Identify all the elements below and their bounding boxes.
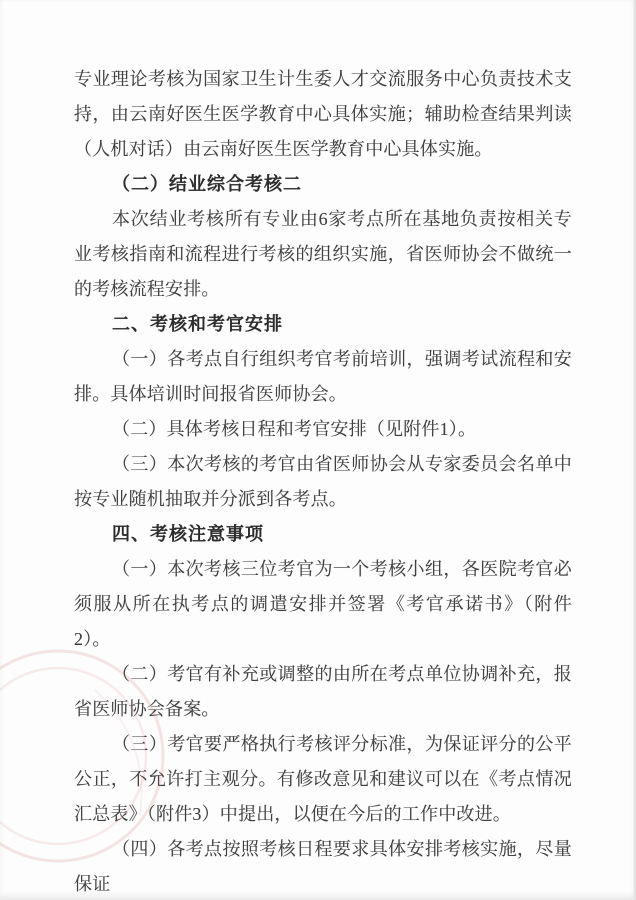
section-heading-zhuyi: 四、考核注意事项 <box>74 517 572 552</box>
paragraph-item-2: （二）具体考核日程和考官安排（见附件1）。 <box>74 412 572 447</box>
paragraph-continuation: 专业理论考核为国家卫生计生委人才交流服务中心负责技术支持，由云南好医生医学教育中… <box>74 62 572 167</box>
document-page: 专业理论考核为国家卫生计生委人才交流服务中心负责技术支持，由云南好医生医学教育中… <box>0 0 636 900</box>
document-body: 专业理论考核为国家卫生计生委人才交流服务中心负责技术支持，由云南好医生医学教育中… <box>74 62 572 900</box>
paragraph-note-2: （二）考官有补充或调整的由所在考点单位协调补充，报省医师协会备案。 <box>74 657 572 727</box>
paragraph-item-3: （三）本次考核的考官由省医师协会从专家委员会名单中按专业随机抽取并分派到各考点。 <box>74 447 572 517</box>
paragraph-note-1: （一）本次考核三位考官为一个考核小组，各医院考官必须服从所在执考点的调遣安排并签… <box>74 552 572 657</box>
paragraph-item-1: （一）各考点自行组织考官考前培训，强调考试流程和安排。具体培训时间报省医师协会。 <box>74 342 572 412</box>
paragraph-note-4-partial: （四）各考点按照考核日程要求具体安排考核实施，尽量保证 <box>74 832 572 900</box>
section-heading-jieye-kaohe: （二）结业综合考核二 <box>74 167 572 202</box>
paragraph-benci-jieye: 本次结业考核所有专业由6家考点所在基地负责按相关专业考核指南和流程进行考核的组织… <box>74 202 572 307</box>
paragraph-note-3: （三）考官要严格执行考核评分标准，为保证评分的公平公正，不允许打主观分。有修改意… <box>74 727 572 832</box>
section-heading-kaoguan: 二、考核和考官安排 <box>74 307 572 342</box>
